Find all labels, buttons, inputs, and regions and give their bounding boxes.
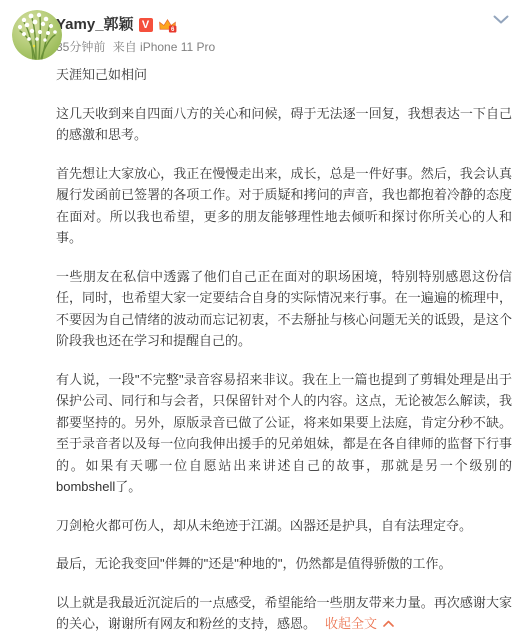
avatar[interactable] xyxy=(12,10,62,60)
post-time[interactable]: 35分钟前 xyxy=(56,40,105,54)
avatar-lily-image xyxy=(12,10,62,60)
collapse-full-text-link[interactable]: 收起全文 xyxy=(325,616,394,631)
paragraph: 首先想让大家放心，我正在慢慢走出来，成长，总是一件好事。然后，我会认真履行发函前… xyxy=(56,163,512,249)
post-header: Yamy_郭颖 V 6 35分钟前 来自 iPhone 11 Pro xyxy=(0,0,525,54)
paragraph: 有人说，一段"不完整"录音容易招来非议。我在上一篇也提到了剪辑处理是出于保护公司… xyxy=(56,369,512,498)
paragraph: 最后，无论我变回"伴舞的"还是"种地的"，仍然都是值得骄傲的工作。 xyxy=(56,553,512,575)
post-content: 天涯知己如相问 这几天收到来自四面八方的关心和问候，碍于无法逐一回复，我想表达一… xyxy=(0,54,525,635)
chevron-down-icon[interactable] xyxy=(490,9,512,31)
paragraph: 一些朋友在私信中透露了他们自己正在面对的职场困境，特别特别感恩这份信任，同时，也… xyxy=(56,266,512,352)
paragraph: 刀剑枪火都可伤人，却从未绝迹于江湖。凶器还是护具，自有法理定夺。 xyxy=(56,515,512,537)
username[interactable]: Yamy_郭颖 xyxy=(56,15,134,35)
paragraph: 以上就是我最近沉淀后的一点感受，希望能给一些朋友带来力量。再次感谢大家的关心，谢… xyxy=(56,592,512,635)
paragraph: 这几天收到来自四面八方的关心和问候，碍于无法逐一回复，我想表达一下自己的感激和思… xyxy=(56,103,512,146)
post-source-device[interactable]: 来自 iPhone 11 Pro xyxy=(113,40,216,54)
chevron-up-icon xyxy=(383,620,394,627)
paragraph: 天涯知己如相问 xyxy=(56,64,512,86)
post-meta: 35分钟前 来自 iPhone 11 Pro xyxy=(56,40,485,54)
vip-crown-icon: 6 xyxy=(158,18,177,33)
weibo-post: Yamy_郭颖 V 6 35分钟前 来自 iPhone 11 Pro 天涯知己如… xyxy=(0,0,525,638)
paragraph-text: 以上就是我最近沉淀后的一点感受，希望能给一些朋友带来力量。再次感谢大家的关心，谢… xyxy=(56,595,512,632)
verified-v-icon: V xyxy=(139,18,153,32)
